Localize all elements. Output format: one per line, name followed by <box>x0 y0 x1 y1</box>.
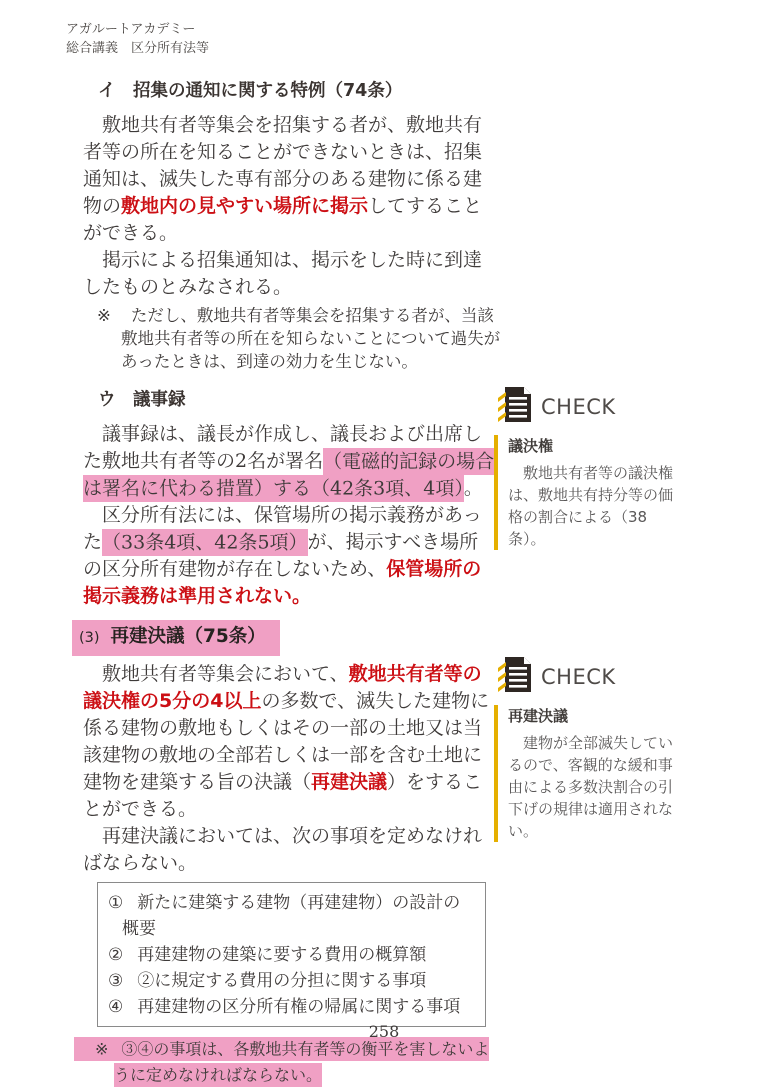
box-item: ②再建建物の建築に要する費用の概算額 <box>108 942 475 968</box>
box-item: ①新たに建築する建物（再建建物）の設計の概要 <box>108 890 475 942</box>
item-text: 再建建物の区分所有権の帰属に関する事項 <box>137 997 460 1017</box>
tip-body: 敷地共有者等の議決権は、敷地共有持分等の価格の割合による（38条）。 <box>508 462 673 550</box>
item-text: ②に規定する費用の分担に関する事項 <box>137 971 426 991</box>
section-i-paragraph-2: 掲示による招集通知は、掲示をした時に到達したものとみなされる。 <box>83 247 495 301</box>
item-text: 新たに建築する建物（再建建物）の設計の概要 <box>122 893 460 939</box>
box-item: ④再建建物の区分所有権の帰属に関する事項 <box>108 994 475 1020</box>
check-header: CHECK <box>496 656 710 698</box>
check-notebook-icon <box>496 386 534 428</box>
note-marker: ※ <box>97 306 111 325</box>
check-block-rebuild-resolution: CHECK 再建決議 建物が全部滅失しているので、客観的な緩和事由による多数決割… <box>494 656 710 842</box>
text-run: 。 <box>464 477 483 499</box>
textbook-page: アガルートアカデミー 総合講義 区分所有法等 イ 招集の通知に関する特例（74条… <box>0 0 768 1089</box>
section-u-paragraph-2: 区分所有法には、保管場所の掲示義務があった（33条4項、42条5項）が、掲示すべ… <box>83 502 495 610</box>
main-column: イ 招集の通知に関する特例（74条） 敷地共有者等集会を招集する者が、敷地共有者… <box>66 0 496 1088</box>
check-notebook-icon <box>496 656 534 698</box>
section-i-paragraph-1: 敷地共有者等集会を招集する者が、敷地共有者等の所在を知ることができないときは、招… <box>83 112 495 247</box>
emphasis-red: 敷地内の見やすい場所に掲示 <box>121 195 368 217</box>
section-i-heading: イ 招集の通知に関する特例（74条） <box>98 78 496 105</box>
tip-title: 再建決議 <box>508 705 710 726</box>
emphasis-red: 再建決議 <box>311 771 387 793</box>
section-3-note-highlighted: ※③④の事項は、各敷地共有者等の衡平を害しないように定めなければならない。 <box>74 1036 498 1088</box>
item-number: ③ <box>108 971 123 991</box>
section-3-heading: 再建決議（75条） <box>111 626 266 647</box>
check-block-vote-right: CHECK 議決権 敷地共有者等の議決権は、敷地共有持分等の価格の割合による（3… <box>494 386 710 550</box>
highlight-pink: （33条4項、42条5項） <box>102 529 308 556</box>
item-number: ④ <box>108 997 123 1017</box>
section-3-paragraph-2: 再建決議においては、次の事項を定めなければならない。 <box>83 823 495 877</box>
resolution-items-box: ①新たに建築する建物（再建建物）の設計の概要 ②再建建物の建築に要する費用の概算… <box>97 882 486 1027</box>
check-label: CHECK <box>541 665 616 689</box>
check-tip: 再建決議 建物が全部滅失しているので、客観的な緩和事由による多数決割合の引下げの… <box>494 705 710 842</box>
box-item: ③②に規定する費用の分担に関する事項 <box>108 968 475 994</box>
note-text: ③④の事項は、各敷地共有者等の衡平を害しないように定めなければならない。 <box>114 1037 489 1087</box>
item-number: ① <box>108 893 123 913</box>
section-3-heading-highlight: (3)再建決議（75条） <box>72 620 280 656</box>
page-number: 258 <box>0 1022 768 1041</box>
tip-title: 議決権 <box>508 435 710 456</box>
check-header: CHECK <box>496 386 710 428</box>
item-text: 再建建物の建築に要する費用の概算額 <box>137 945 426 965</box>
check-label: CHECK <box>541 395 616 419</box>
section-u-paragraph-1: 議事録は、議長が作成し、議長および出席した敷地共有者等の2名が署名（電磁的記録の… <box>83 421 495 502</box>
section-u-heading: ウ 議事録 <box>98 387 496 414</box>
text-run: 敷地共有者等集会において、 <box>102 663 349 685</box>
note-text: ただし、敷地共有者等集会を招集する者が、当該敷地共有者等の所在を知らないことにつ… <box>121 306 500 371</box>
section-3-paragraph-1: 敷地共有者等集会において、敷地共有者等の議決権の5分の4以上の多数で、滅失した建… <box>83 661 495 823</box>
section-3-heading-row: (3)再建決議（75条） <box>72 620 496 656</box>
tip-body: 建物が全部滅失しているので、客観的な緩和事由による多数決割合の引下げの規律は適用… <box>508 732 673 842</box>
section-i-note: ※ただし、敷地共有者等集会を招集する者が、当該敷地共有者等の所在を知らないことに… <box>97 304 509 373</box>
item-number: ② <box>108 945 123 965</box>
check-tip: 議決権 敷地共有者等の議決権は、敷地共有持分等の価格の割合による（38条）。 <box>494 435 710 550</box>
section-3-number: (3) <box>79 630 100 646</box>
